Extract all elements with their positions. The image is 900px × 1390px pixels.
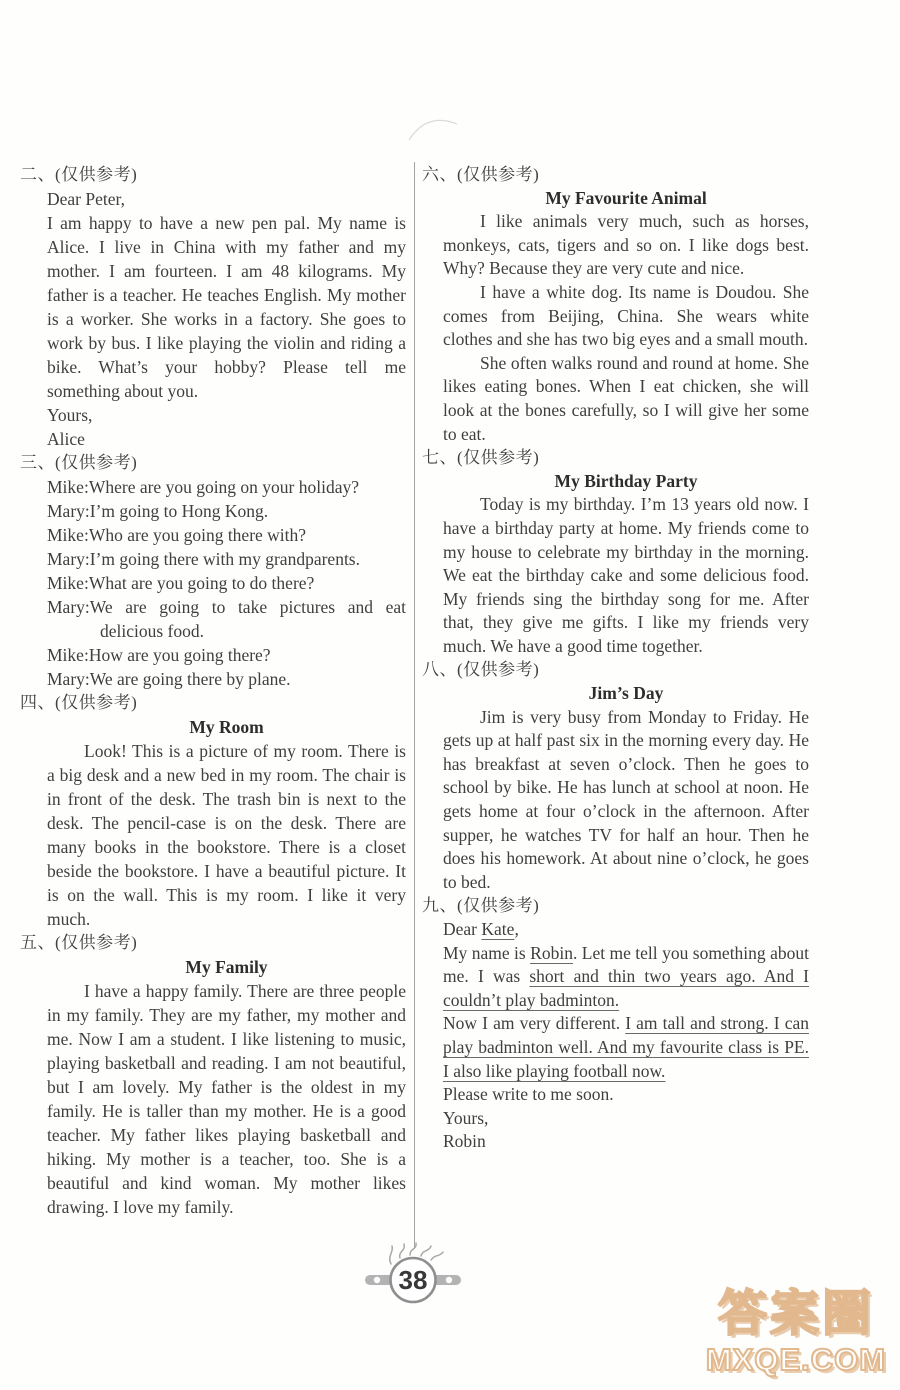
section-marker: 四、(仅供参考) <box>20 691 406 715</box>
dialog-line: Mary:We are going to take pictures and e… <box>47 595 406 643</box>
dialog-speaker: Mary <box>47 501 85 521</box>
composition-title: My Room <box>47 715 406 739</box>
paragraph: I have a happy family. There are three p… <box>47 979 406 1219</box>
dialog-speaker: Mike <box>47 525 84 545</box>
dialog-line: Mike:What are you going to do there? <box>47 571 406 595</box>
section-content: Dear Kate,My name is Robin. Let me tell … <box>443 918 809 1154</box>
letter-rich-line: My name is Robin. Let me tell you someth… <box>443 942 809 1013</box>
underlined-text: Robin <box>530 943 573 963</box>
letter-line: Yours, <box>443 1107 809 1131</box>
section-5: 五、(仅供参考)My FamilyI have a happy family. … <box>20 931 406 1219</box>
paragraph: She often walks round and round at home.… <box>443 352 809 446</box>
composition-title: Jim’s Day <box>443 682 809 706</box>
paragraph: Today is my birthday. I’m 13 years old n… <box>443 493 809 658</box>
section-content: My Favourite AnimalI like animals very m… <box>443 187 809 447</box>
page-curl-mark <box>405 108 465 148</box>
letter-line: Dear Peter, <box>47 187 406 211</box>
letter-rich-line: Now I am very different. I am tall and s… <box>443 1012 809 1083</box>
section-content: My FamilyI have a happy family. There ar… <box>47 955 406 1219</box>
dialog-text: Where are you going on your holiday? <box>89 477 359 497</box>
watermark-logo-text: 答案圈 <box>698 1286 894 1342</box>
letter-line: Yours, <box>47 403 406 427</box>
section-marker: 五、(仅供参考) <box>20 931 406 955</box>
dialog-speaker: Mary <box>47 669 85 689</box>
dialog-speaker: Mike <box>47 477 84 497</box>
underlined-text: Kate <box>481 919 514 939</box>
plain-text: , <box>514 919 518 939</box>
section-content: Mike:Where are you going on your holiday… <box>47 475 406 691</box>
letter-line: Please write to me soon. <box>443 1083 809 1107</box>
dialog-text: What are you going to do there? <box>89 573 314 593</box>
dialog-speaker: Mike <box>47 645 84 665</box>
watermark-site-text: MXQE.COM <box>698 1342 894 1378</box>
paragraph: I am happy to have a new pen pal. My nam… <box>47 211 406 403</box>
section-9: 九、(仅供参考)Dear Kate,My name is Robin. Let … <box>422 894 809 1154</box>
dialog-speaker: Mike <box>47 573 84 593</box>
dialog-line: Mary:I’m going to Hong Kong. <box>47 499 406 523</box>
answer-key-page: 二、(仅供参考)Dear Peter,I am happy to have a … <box>0 0 900 1390</box>
dialog-line: Mary:I’m going there with my grandparent… <box>47 547 406 571</box>
dialog-line: Mike:How are you going there? <box>47 643 406 667</box>
dialog-speaker: Mary <box>47 597 85 617</box>
composition-title: My Family <box>47 955 406 979</box>
section-marker: 三、(仅供参考) <box>20 451 406 475</box>
section-4: 四、(仅供参考)My RoomLook! This is a picture o… <box>20 691 406 931</box>
section-8: 八、(仅供参考)Jim’s DayJim is very busy from M… <box>422 658 809 894</box>
section-marker: 二、(仅供参考) <box>20 163 406 187</box>
section-6: 六、(仅供参考)My Favourite AnimalI like animal… <box>422 163 809 446</box>
paragraph: Jim is very busy from Monday to Friday. … <box>443 706 809 895</box>
page-number-badge: 38 <box>355 1242 471 1314</box>
section-content: My RoomLook! This is a picture of my roo… <box>47 715 406 931</box>
dialog-text: How are you going there? <box>89 645 271 665</box>
dialog-line: Mike:Where are you going on your holiday… <box>47 475 406 499</box>
section-2: 二、(仅供参考)Dear Peter,I am happy to have a … <box>20 163 406 451</box>
dialog-line: Mary:We are going there by plane. <box>47 667 406 691</box>
plain-text: Dear <box>443 919 481 939</box>
paragraph: I like animals very much, such as horses… <box>443 210 809 281</box>
paragraph: Look! This is a picture of my room. Ther… <box>47 739 406 931</box>
section-marker: 九、(仅供参考) <box>422 894 809 918</box>
page-number: 38 <box>399 1265 428 1295</box>
dialog-text: We are going there by plane. <box>90 669 291 689</box>
watermark: 答案圈 MXQE.COM <box>698 1286 894 1378</box>
dialog-speaker: Mary <box>47 549 85 569</box>
section-marker: 六、(仅供参考) <box>422 163 809 187</box>
dialog-text: I’m going to Hong Kong. <box>90 501 268 521</box>
section-marker: 八、(仅供参考) <box>422 658 809 682</box>
letter-rich-line: Dear Kate, <box>443 918 809 942</box>
column-divider <box>414 162 415 1248</box>
composition-title: My Birthday Party <box>443 470 809 494</box>
dialog-text: We are going to take pictures and eat de… <box>90 597 406 641</box>
section-content: Dear Peter,I am happy to have a new pen … <box>47 187 406 451</box>
section-content: Jim’s DayJim is very busy from Monday to… <box>443 682 809 894</box>
letter-line: Robin <box>443 1130 809 1154</box>
section-content: My Birthday PartyToday is my birthday. I… <box>443 470 809 659</box>
section-3: 三、(仅供参考)Mike:Where are you going on your… <box>20 451 406 691</box>
dialog-text: Who are you going there with? <box>89 525 306 545</box>
left-column: 二、(仅供参考)Dear Peter,I am happy to have a … <box>20 163 406 1219</box>
letter-line: Alice <box>47 427 406 451</box>
dialog-text: I’m going there with my grandparents. <box>90 549 360 569</box>
section-marker: 七、(仅供参考) <box>422 446 809 470</box>
paragraph: I have a white dog. Its name is Doudou. … <box>443 281 809 352</box>
plain-text: My name is <box>443 943 530 963</box>
plain-text: Now I am very different. <box>443 1013 625 1033</box>
section-7: 七、(仅供参考)My Birthday PartyToday is my bir… <box>422 446 809 658</box>
dialog-line: Mike:Who are you going there with? <box>47 523 406 547</box>
composition-title: My Favourite Animal <box>443 187 809 211</box>
right-column: 六、(仅供参考)My Favourite AnimalI like animal… <box>422 163 809 1154</box>
